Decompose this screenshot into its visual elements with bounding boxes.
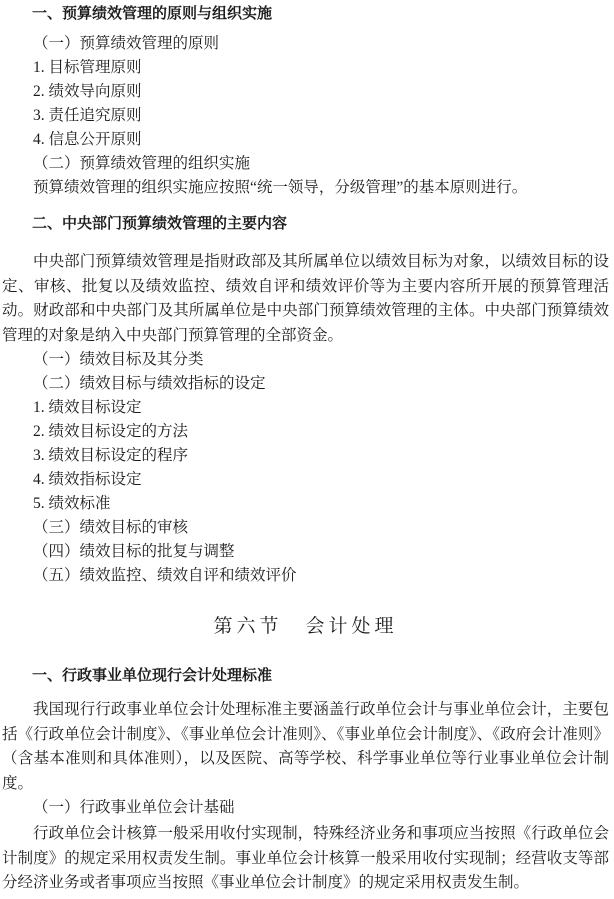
sub-heading-accounting-basis: （一）行政事业单位会计基础 (2, 796, 609, 820)
list-item-performance-standard: 5. 绩效标准 (2, 492, 609, 516)
document-page: 一、预算绩效管理的原则与组织实施 （一）预算绩效管理的原则 1. 目标管理原则 … (0, 0, 614, 899)
list-item-goal-setting: 1. 绩效目标设定 (2, 396, 609, 420)
sub-heading-principles: （一）预算绩效管理的原则 (2, 32, 609, 56)
list-item-accountability: 3. 责任追究原则 (2, 104, 609, 128)
heading-central-department-content: 二、中央部门预算绩效管理的主要内容 (2, 212, 609, 236)
sub-heading-monitoring-evaluation: （五）绩效监控、绩效自评和绩效评价 (2, 564, 609, 588)
list-item-goal-setting-method: 2. 绩效目标设定的方法 (2, 420, 609, 444)
list-item-performance-orientation: 2. 绩效导向原则 (2, 80, 609, 104)
paragraph-central-department: 中央部门预算绩效管理是指财政部及其所属单位以绩效目标为对象，以绩效目标的设定、审… (2, 250, 609, 348)
list-item-goal-setting-procedure: 3. 绩效目标设定的程序 (2, 444, 609, 468)
sub-heading-goal-review: （三）绩效目标的审核 (2, 516, 609, 540)
list-item-goal-management: 1. 目标管理原则 (2, 56, 609, 80)
heading-current-accounting-standards: 一、行政事业单位现行会计处理标准 (2, 664, 609, 688)
sub-heading-goal-approval-adjustment: （四）绩效目标的批复与调整 (2, 540, 609, 564)
list-item-information-disclosure: 4. 信息公开原则 (2, 128, 609, 152)
sub-heading-organization: （二）预算绩效管理的组织实施 (2, 152, 609, 176)
list-item-indicator-setting: 4. 绩效指标设定 (2, 468, 609, 492)
paragraph-accounting-standards: 我国现行行政事业单位会计处理标准主要涵盖行政单位会计与事业单位会计，主要包括《行… (2, 698, 609, 796)
statement-organization-principle: 预算绩效管理的组织实施应按照“统一领导，分级管理”的基本原则进行。 (2, 176, 609, 200)
sub-heading-goal-indicator-setting: （二）绩效目标与绩效指标的设定 (2, 372, 609, 396)
paragraph-accounting-basis: 行政单位会计核算一般采用收付实现制，特殊经济业务和事项应当按照《行政单位会计制度… (2, 822, 609, 896)
sub-heading-goal-classification: （一）绩效目标及其分类 (2, 348, 609, 372)
section-title-accounting-treatment: 第六节 会计处理 (2, 612, 609, 642)
heading-budget-performance-principles: 一、预算绩效管理的原则与组织实施 (2, 2, 609, 26)
